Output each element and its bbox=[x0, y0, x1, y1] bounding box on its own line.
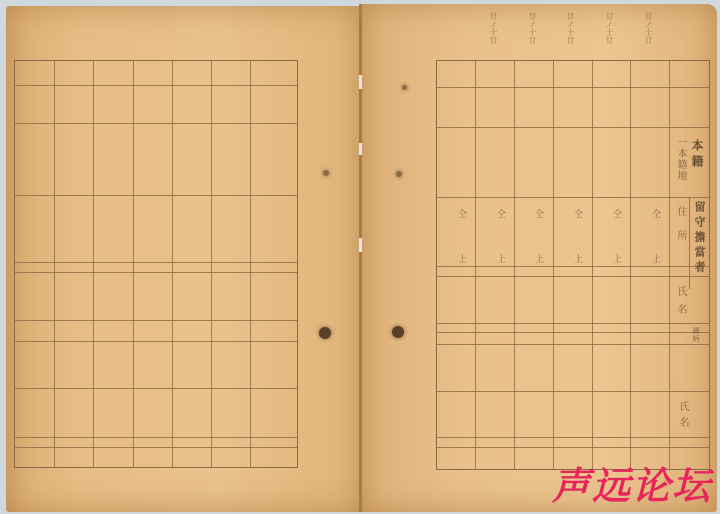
punch-hole-left-upper bbox=[323, 170, 329, 176]
punch-hole-left bbox=[319, 327, 331, 339]
header-domicile-sub: 一本籍地 bbox=[675, 137, 685, 181]
staple-top bbox=[359, 75, 362, 89]
header-address: 住所 bbox=[675, 206, 685, 254]
staple-middle bbox=[359, 143, 362, 155]
staple-bottom bbox=[359, 238, 362, 252]
punch-hole-right bbox=[392, 326, 404, 338]
right-page: 廿ノ十廿 廿ノ十廿 廿ノ十廿 廿ノ十廿 廿ノ十廿 本籍 一本籍地 留守擔當者 住… bbox=[361, 4, 717, 512]
header-relation: 續柄 bbox=[692, 327, 699, 343]
watermark: 声远论坛 bbox=[552, 455, 712, 510]
header-caretaker: 留守擔當者 bbox=[691, 201, 707, 276]
punch-hole-right-upper bbox=[396, 171, 402, 177]
header-name2: 氏名 bbox=[677, 401, 687, 433]
left-page bbox=[6, 6, 361, 512]
header-name: 氏名 bbox=[675, 286, 685, 322]
punch-hole-right-top bbox=[402, 85, 407, 90]
header-domicile: 本籍 bbox=[689, 139, 706, 171]
left-blank-table bbox=[14, 60, 298, 468]
register-table: 本籍 一本籍地 留守擔當者 住所 氏名 續柄 氏名 仝 仝 仝 仝 仝 仝 上 … bbox=[436, 60, 710, 470]
